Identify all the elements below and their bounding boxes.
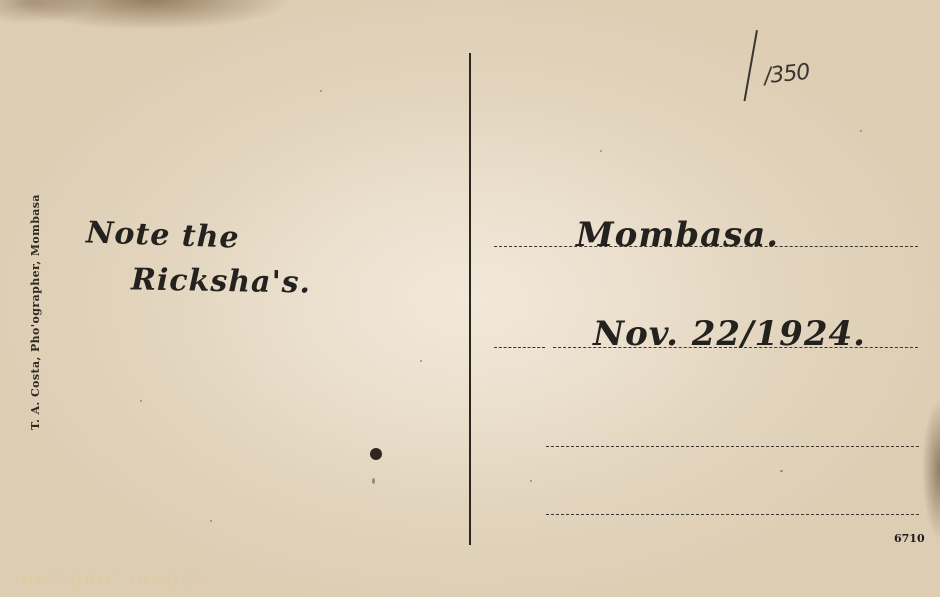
- speckle: [860, 130, 862, 132]
- speckle: [372, 478, 375, 484]
- speckle: [210, 520, 212, 522]
- handwritten-place: Mombasa.: [576, 215, 779, 255]
- handwritten-date: Nov. 22/1924.: [593, 314, 866, 354]
- speckle: [140, 400, 142, 402]
- ink-blot: [370, 448, 382, 460]
- message-line-2: Ricksha's.: [131, 262, 312, 300]
- speckle: [780, 470, 783, 472]
- address-line-2a: [494, 347, 545, 348]
- message-line-1: Note the: [85, 215, 240, 255]
- speckle: [600, 150, 602, 152]
- publisher-imprint: T. A. Costa, Pho'ographer, Mombasa: [29, 194, 42, 430]
- price-pencil-mark: /350: [742, 30, 832, 110]
- catalog-number: 6710: [894, 532, 925, 545]
- address-line-4: [546, 514, 919, 515]
- watermark: HISTORIC IMAGES: [22, 573, 207, 589]
- postcard-back: T. A. Costa, Pho'ographer, Mombasa /350 …: [0, 0, 940, 597]
- pencil-slash: [743, 30, 757, 101]
- speckle: [320, 90, 322, 92]
- speckle: [420, 360, 422, 362]
- address-line-3: [546, 446, 919, 447]
- center-divider: [469, 53, 471, 545]
- price-text: /350: [763, 60, 811, 90]
- speckle: [530, 480, 532, 482]
